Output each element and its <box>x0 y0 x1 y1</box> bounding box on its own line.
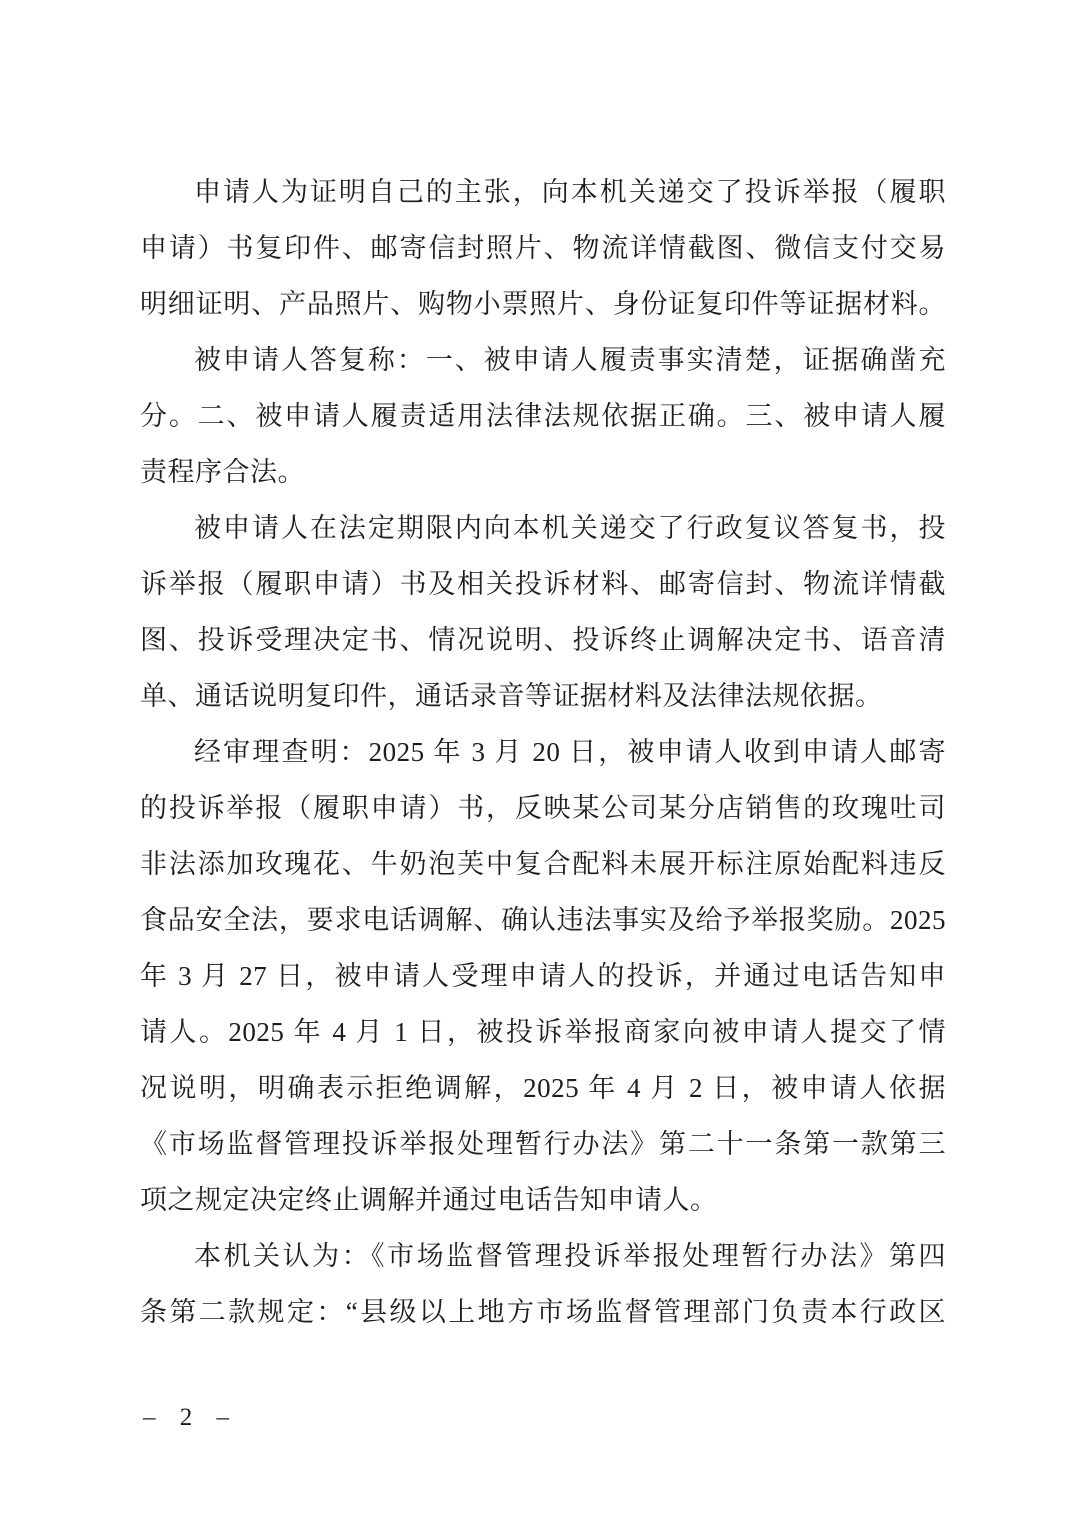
text-line: 非法添加玫瑰花、牛奶泡芙中复合配料未展开标注原始配料违反 <box>140 836 946 892</box>
text-line: 单、通话说明复印件，通话录音等证据材料及法律法规依据。 <box>140 668 946 724</box>
document-page: 申请人为证明自己的主张，向本机关递交了投诉举报（履职 申请）书复印件、邮寄信封照… <box>0 0 1074 1520</box>
document-body: 申请人为证明自己的主张，向本机关递交了投诉举报（履职 申请）书复印件、邮寄信封照… <box>140 164 946 1340</box>
text-line: 申请）书复印件、邮寄信封照片、物流详情截图、微信支付交易 <box>140 220 946 276</box>
text-line: 分。二、被申请人履责适用法律法规依据正确。三、被申请人履 <box>140 388 946 444</box>
text-line: 《市场监督管理投诉举报处理暂行办法》第二十一条第一款第三 <box>140 1116 946 1172</box>
text-line: 被申请人在法定期限内向本机关递交了行政复议答复书，投 <box>140 500 946 556</box>
paragraph-respondent-materials: 被申请人在法定期限内向本机关递交了行政复议答复书，投 诉举报（履职申请）书及相关… <box>140 500 946 724</box>
text-line: 条第二款规定：“县级以上地方市场监督管理部门负责本行政区 <box>140 1284 946 1340</box>
paragraph-respondent-reply: 被申请人答复称：一、被申请人履责事实清楚，证据确凿充 分。二、被申请人履责适用法… <box>140 332 946 500</box>
text-line: 经审理查明：2025 年 3 月 20 日，被申请人收到申请人邮寄 <box>140 724 946 780</box>
page-number: – 2 – <box>143 1400 238 1436</box>
text-line: 图、投诉受理决定书、情况说明、投诉终止调解决定书、语音清 <box>140 612 946 668</box>
text-line: 项之规定决定终止调解并通过电话告知申请人。 <box>140 1172 946 1228</box>
text-line: 年 3 月 27 日，被申请人受理申请人的投诉，并通过电话告知申 <box>140 948 946 1004</box>
paragraph-findings: 经审理查明：2025 年 3 月 20 日，被申请人收到申请人邮寄 的投诉举报（… <box>140 724 946 1228</box>
text-line: 被申请人答复称：一、被申请人履责事实清楚，证据确凿充 <box>140 332 946 388</box>
text-line: 本机关认为：《市场监督管理投诉举报处理暂行办法》第四 <box>140 1228 946 1284</box>
text-line: 申请人为证明自己的主张，向本机关递交了投诉举报（履职 <box>140 164 946 220</box>
paragraph-authority-opinion: 本机关认为：《市场监督管理投诉举报处理暂行办法》第四 条第二款规定：“县级以上地… <box>140 1228 946 1340</box>
text-line: 责程序合法。 <box>140 444 946 500</box>
text-line: 请人。2025 年 4 月 1 日，被投诉举报商家向被申请人提交了情 <box>140 1004 946 1060</box>
paragraph-evidence-submitted: 申请人为证明自己的主张，向本机关递交了投诉举报（履职 申请）书复印件、邮寄信封照… <box>140 164 946 332</box>
text-line: 况说明，明确表示拒绝调解，2025 年 4 月 2 日，被申请人依据 <box>140 1060 946 1116</box>
text-line: 食品安全法，要求电话调解、确认违法事实及给予举报奖励。2025 <box>140 892 946 948</box>
text-line: 诉举报（履职申请）书及相关投诉材料、邮寄信封、物流详情截 <box>140 556 946 612</box>
text-line: 的投诉举报（履职申请）书，反映某公司某分店销售的玫瑰吐司 <box>140 780 946 836</box>
text-line: 明细证明、产品照片、购物小票照片、身份证复印件等证据材料。 <box>140 276 946 332</box>
